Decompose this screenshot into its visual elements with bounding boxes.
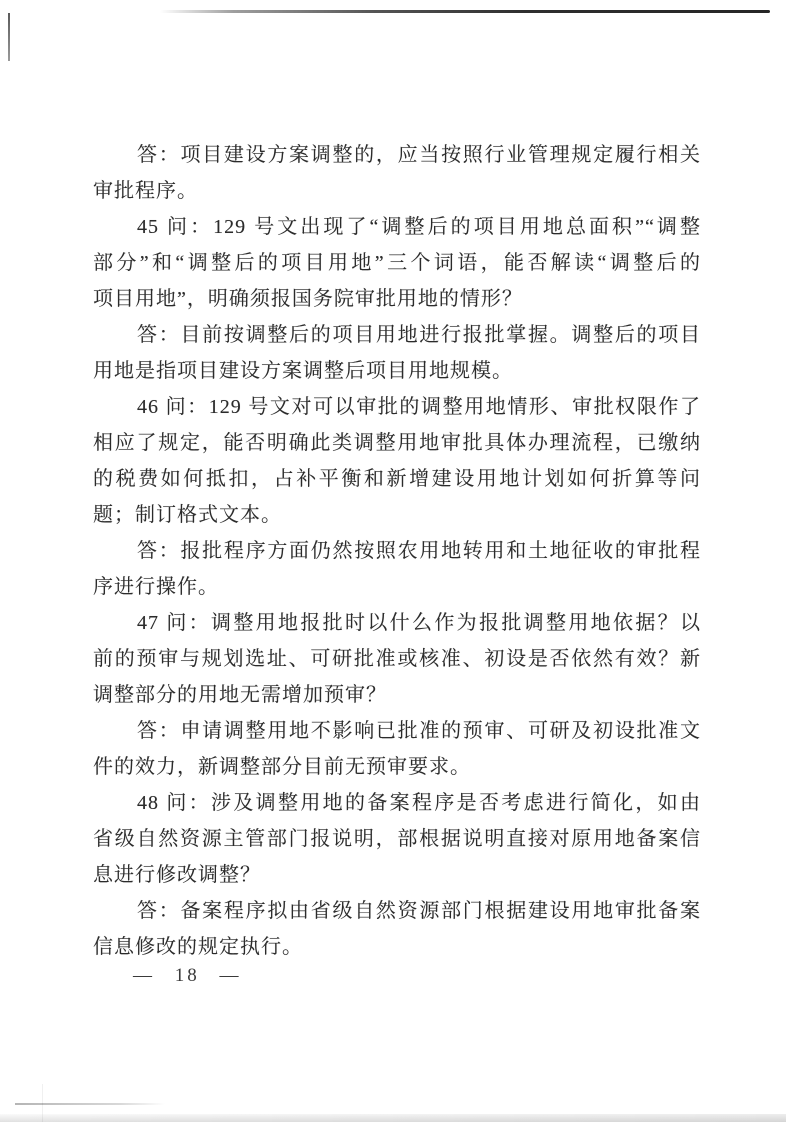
text-line: 相应了规定，能否明确此类调整用地审批具体办理流程，已缴纳: [93, 425, 701, 461]
text-line: 息进行修改调整？: [93, 857, 701, 893]
text-line: 答：备案程序拟由省级自然资源部门根据建设用地审批备案: [93, 893, 701, 929]
text-line: 件的效力，新调整部分目前无预审要求。: [93, 749, 701, 785]
text-line: 47 问：调整用地报批时以什么作为报批调整用地依据？以: [93, 605, 701, 641]
text-line: 46 问：129 号文对可以审批的调整用地情形、审批权限作了: [93, 389, 701, 425]
scan-bottom-left-mark: [15, 1103, 165, 1105]
scan-left-edge-mark: [8, 13, 10, 61]
text-line: 48 问：涉及调整用地的备案程序是否考虑进行简化，如由: [93, 785, 701, 821]
text-line: 答：目前按调整后的项目用地进行报批掌握。调整后的项目: [93, 317, 701, 353]
scan-top-edge-line: [160, 10, 770, 13]
scanned-document-page: 答：项目建设方案调整的，应当按照行业管理规定履行相关 审批程序。 45 问：12…: [0, 0, 786, 1122]
text-line: 省级自然资源主管部门报说明，部根据说明直接对原用地备案信: [93, 821, 701, 857]
text-line: 用地是指项目建设方案调整后项目用地规模。: [93, 353, 701, 389]
text-line: 答：项目建设方案调整的，应当按照行业管理规定履行相关: [93, 137, 701, 173]
text-line: 前的预审与规划选址、可研批准或核准、初设是否依然有效？新: [93, 641, 701, 677]
text-line: 的税费如何抵扣，占补平衡和新增建设用地计划如何折算等问: [93, 461, 701, 497]
text-line: 答：报批程序方面仍然按照农用地转用和土地征收的审批程: [93, 533, 701, 569]
text-line: 题；制订格式文本。: [93, 497, 701, 533]
scan-bottom-edge-shadow: [0, 1114, 786, 1122]
text-line: 审批程序。: [93, 173, 701, 209]
text-line: 部分”和“调整后的项目用地”三个词语，能否解读“调整后的: [93, 245, 701, 281]
text-line: 45 问：129 号文出现了“调整后的项目用地总面积”“调整: [93, 209, 701, 245]
text-line: 调整部分的用地无需增加预审？: [93, 677, 701, 713]
document-text-block: 答：项目建设方案调整的，应当按照行业管理规定履行相关 审批程序。 45 问：12…: [93, 137, 701, 965]
text-line: 答：申请调整用地不影响已批准的预审、可研及初设批准文: [93, 713, 701, 749]
page-number: — 18 —: [133, 958, 242, 994]
text-line: 项目用地”，明确须报国务院审批用地的情形？: [93, 281, 701, 317]
text-line: 序进行操作。: [93, 569, 701, 605]
